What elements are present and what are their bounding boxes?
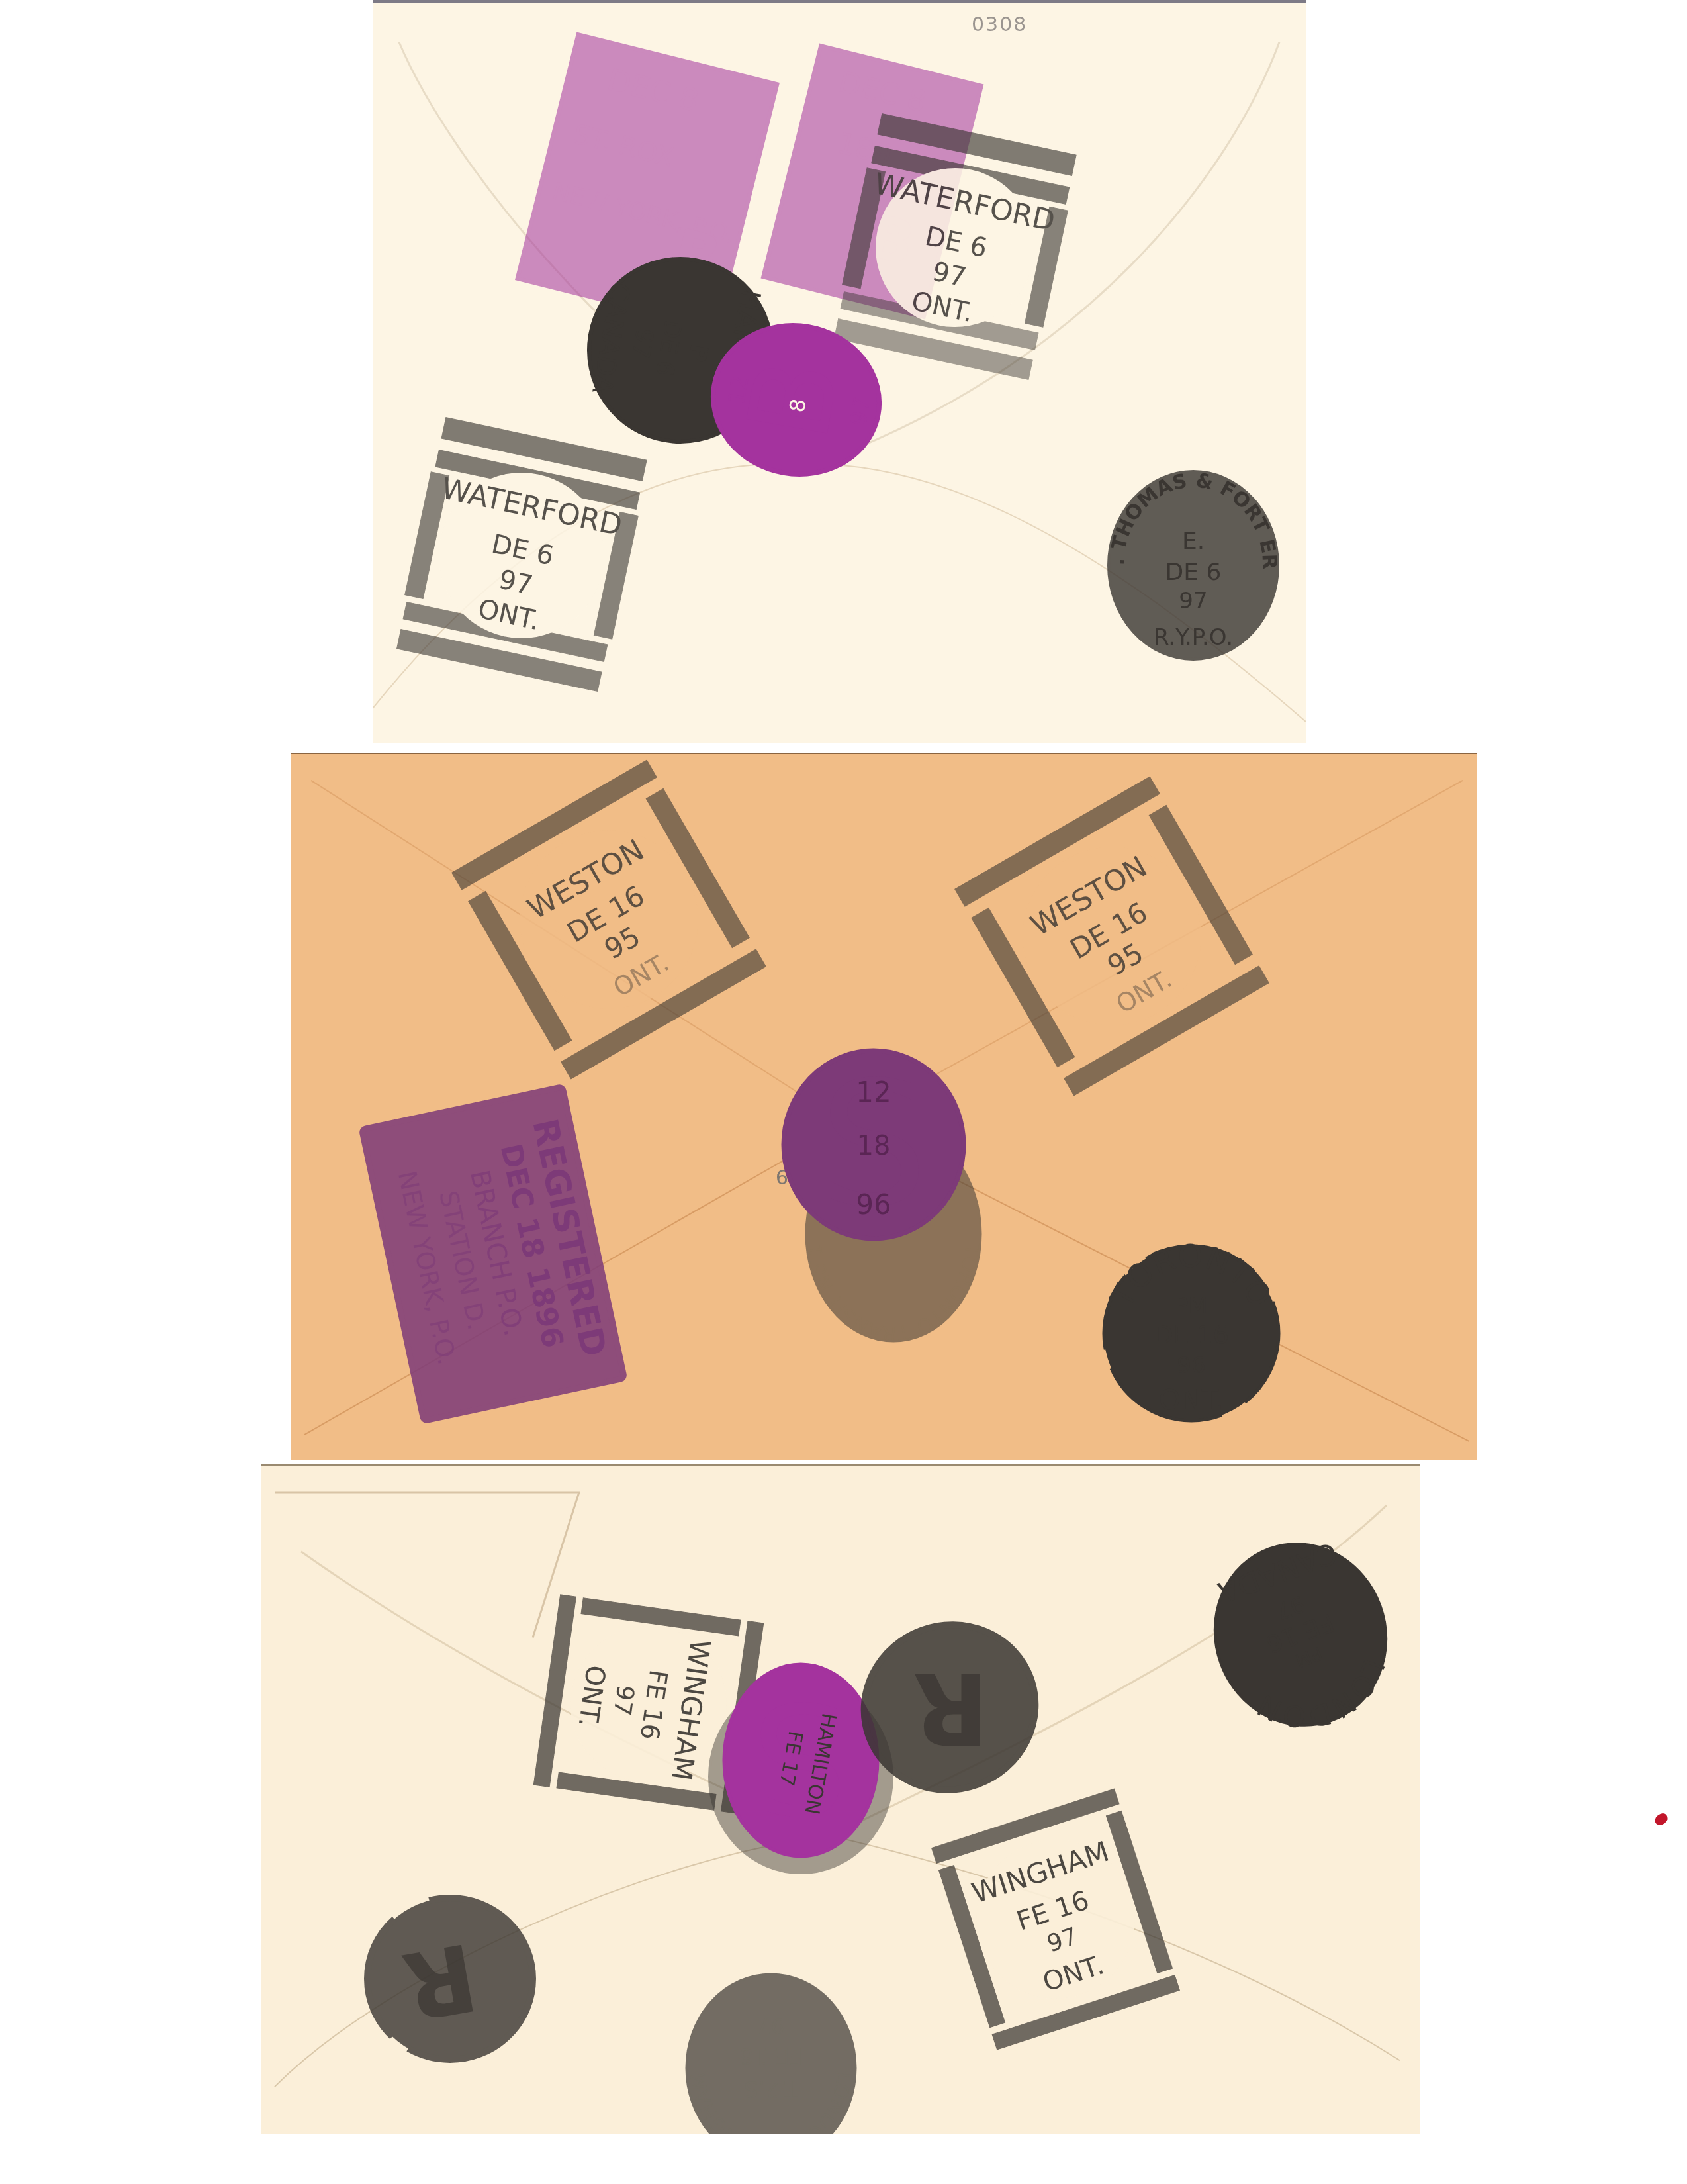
svg-text:97: 97 [758, 2013, 785, 2038]
svg-text:DE 6: DE 6 [1165, 559, 1222, 586]
svg-text:97: 97 [845, 395, 876, 428]
registry-b-receiving-mark: B 12 8 97 [694, 306, 898, 493]
svg-text:96: 96 [856, 1188, 891, 1221]
cover-2: 0-159 WESTON DE 16 95 ONT. [291, 753, 1477, 1460]
registry-s-receiving-mark: S 12 18 96 [778, 1045, 970, 1244]
svg-text:ONT.: ONT. [1159, 1384, 1224, 1416]
svg-text:12: 12 [723, 373, 754, 406]
svg-text:96: 96 [1177, 1353, 1205, 1379]
svg-text:E.: E. [1182, 528, 1205, 555]
svg-text:18: 18 [857, 1131, 891, 1161]
svg-text:DE 16: DE 16 [1154, 1320, 1229, 1349]
svg-text:FE 16: FE 16 [739, 2042, 802, 2069]
cover-3: WINGHAM FE 16 97 ONT. S HAMILTON FE 17 [261, 1464, 1420, 2134]
london-wingham-rpo-cds: LONDON & WINGHAM T.2.S FE 16 97 [682, 1969, 860, 2134]
cover-1: 0308 DEC 8 ST. ROX NEW YORK, P.O. B DEC … [373, 0, 1306, 743]
svg-text:97: 97 [608, 1684, 639, 1717]
svg-text:T.2.S: T.2.S [744, 2075, 799, 2102]
svg-text:97: 97 [626, 326, 658, 361]
pencil-inventory-note: 0308 [972, 13, 1027, 36]
svg-text:R.Y.P.O.: R.Y.P.O. [1154, 624, 1233, 651]
svg-text:PM: PM [1175, 1293, 1208, 1319]
svg-text:R: R [913, 1650, 989, 1766]
red-ink-speck [1653, 1812, 1669, 1827]
toronto-cds: TORONTO PM DE 16 96 ONT. [1099, 1241, 1284, 1426]
st-thomas-fort-erie-rpo-cds: ST. THOMAS & FORT ERIE E. DE 6 97 R.Y.P.… [1104, 466, 1283, 665]
svg-text:97: 97 [1179, 588, 1207, 614]
registered-r-oval-bottom: R [361, 1889, 539, 2068]
svg-text:12: 12 [856, 1076, 891, 1108]
